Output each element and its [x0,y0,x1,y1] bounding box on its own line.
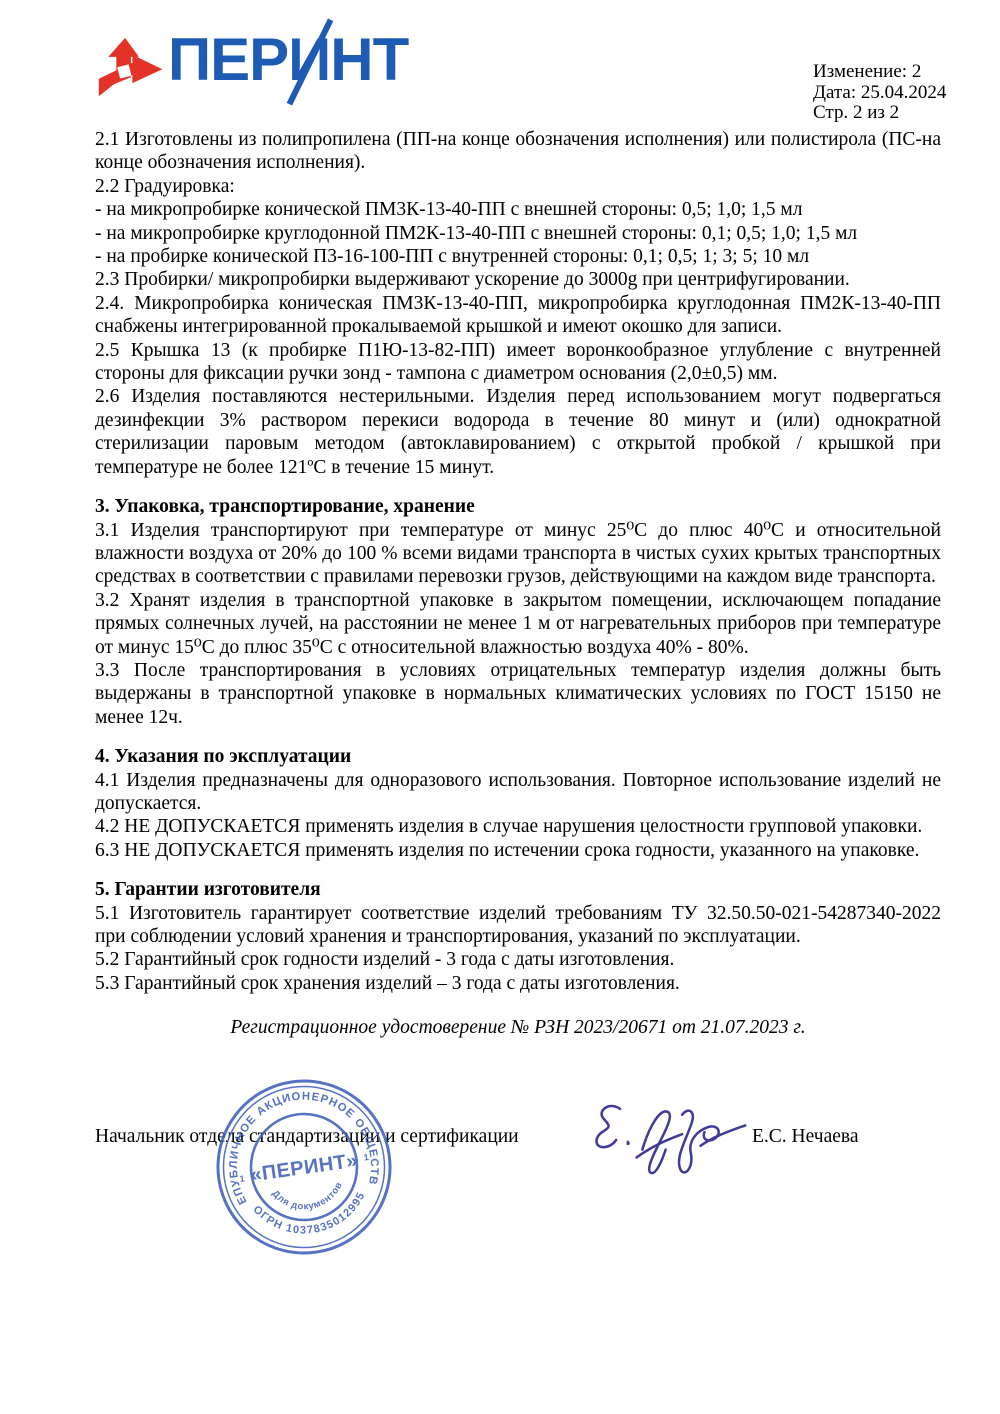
section-3-title: 3. Упаковка, транспортирование, хранение [95,495,941,518]
paragraph-4-2: 4.2 НЕ ДОПУСКАЕТСЯ применять изделия в с… [95,815,941,838]
stamp-center-name: «ПЕРИНТ» [249,1150,359,1187]
paragraph-5-2: 5.2 Гарантийный срок годности изделий - … [95,948,941,971]
graduation-item-1: - на микропробирке конической ПМ3К-13-40… [95,198,941,221]
paragraph-5-3: 5.3 Гарантийный срок хранения изделий – … [95,972,941,995]
graduation-item-3: - на пробирке конической П3-16-100-ПП с … [95,245,941,268]
paragraph-2-1: 2.1 Изготовлены из полипропилена (ПП-на … [95,128,941,175]
paragraph-2-3: 2.3 Пробирки/ микропробирки выдерживают … [95,268,941,291]
graduation-item-2: - на микропробирке круглодонной ПМ2К-13-… [95,222,941,245]
paragraph-2-5: 2.5 Крышка 13 (к пробирке П1Ю-13-82-ПП) … [95,339,941,386]
doc-meta-date: Дата: 25.04.2024 [813,83,946,104]
paragraph-3-3: 3.3 После транспортирования в условиях о… [95,659,941,729]
paragraph-3-2: 3.2 Хранят изделия в транспортной упаков… [95,589,941,659]
stamp-side-mark-left: 1 [239,1173,245,1184]
doc-meta-revision: Изменение: 2 [813,62,946,83]
paragraph-2-4: 2.4. Микропробирка коническая ПМ3К-13-40… [95,292,941,339]
logo-wordmark: ПЕРИНТ [168,29,408,91]
document-page: ПЕРИНТ Изменение: 2 Дата: 25.04.2024 Стр… [0,0,1000,1414]
arrows-logo-icon [88,35,168,97]
stamp-side-mark-right: 1 [363,1152,369,1163]
section-4-title: 4. Указания по эксплуатации [95,745,941,768]
company-round-stamp: НЕПУБЛИЧНОЕ АКЦИОНЕРНОЕ ОБЩЕСТВО ОГРН 10… [214,1077,394,1257]
paragraph-6-3: 6.3 НЕ ДОПУСКАЕТСЯ применять изделия по … [95,839,941,862]
document-body: 2.1 Изготовлены из полипропилена (ПП-на … [95,128,941,1040]
stamp-ogrn-text: ОГРН 1037835012995 [250,1188,373,1244]
doc-meta: Изменение: 2 Дата: 25.04.2024 Стр. 2 из … [813,62,946,124]
svg-text:ОГРН 1037835012995: ОГРН 1037835012995 [250,1188,373,1244]
paragraph-2-6: 2.6 Изделия поставляются нестерильными. … [95,385,941,479]
registration-certificate-line: Регистрационное удостоверение № РЗН 2023… [95,1016,941,1039]
section-5-title: 5. Гарантии изготовителя [95,878,941,901]
paragraph-3-1: 3.1 Изделия транспортируют при температу… [95,519,941,589]
stamp-purpose-text: Для документов [269,1179,348,1217]
doc-meta-page-number: Стр. 2 из 2 [813,103,946,124]
signatory-position-label: Начальник отдела стандартизации и сертиф… [95,1126,519,1148]
paragraph-4-1: 4.1 Изделия предназначены для одноразово… [95,769,941,816]
paragraph-5-1: 5.1 Изготовитель гарантирует соответстви… [95,902,941,949]
signatory-name: Е.С. Нечаева [752,1126,859,1148]
svg-text:Для документов: Для документов [269,1179,348,1217]
logo-wordmark-text: ПЕРИНТ [168,26,408,93]
handwritten-signature [588,1088,753,1188]
paragraph-2-2: 2.2 Градуировка: [95,175,941,198]
